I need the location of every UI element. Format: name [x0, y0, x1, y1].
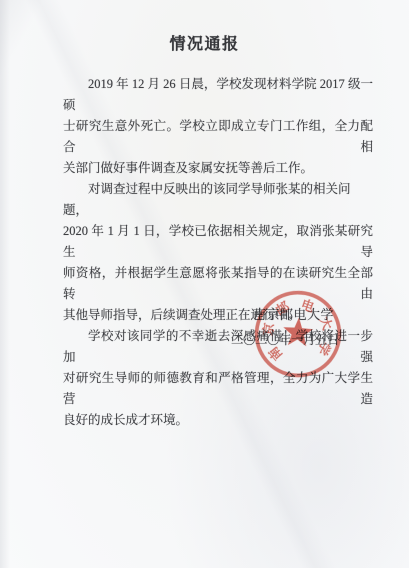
- body-line: 2020 年 1 月 1 日，学校已依据相关规定，取消张某研究生导: [63, 221, 373, 263]
- body-line: 2019 年 12 月 26 日晨，学校发现材料学院 2017 级一硕: [63, 74, 373, 116]
- page-title: 情况通报: [0, 31, 409, 54]
- seal-arc-char: 电: [299, 297, 316, 315]
- seal-arc-char: 学: [314, 339, 333, 358]
- document-body: 2019 年 12 月 26 日晨，学校发现材料学院 2017 级一硕 士研究生…: [63, 74, 373, 431]
- seal-arc-char: 大: [317, 315, 336, 333]
- seal-arc-char: 邮: [273, 299, 292, 319]
- seal-arc-char: 京: [260, 322, 277, 337]
- body-line: 对调查过程中反映出的该同学导师张某的相关问题，: [63, 179, 373, 221]
- seal-star-icon: [282, 316, 314, 346]
- body-line: 关部门做好事件调查及家属安抚等善后工作。: [63, 158, 373, 179]
- document-page: 情况通报 2019 年 12 月 26 日晨，学校发现材料学院 2017 级一硕…: [0, 0, 409, 568]
- body-line: 良好的成长成才环境。: [63, 410, 373, 431]
- body-line: 士研究生意外死亡。学校立即成立专门工作组，全力配合相: [63, 116, 373, 158]
- official-seal: 南 京 邮 电 大 学: [247, 283, 348, 384]
